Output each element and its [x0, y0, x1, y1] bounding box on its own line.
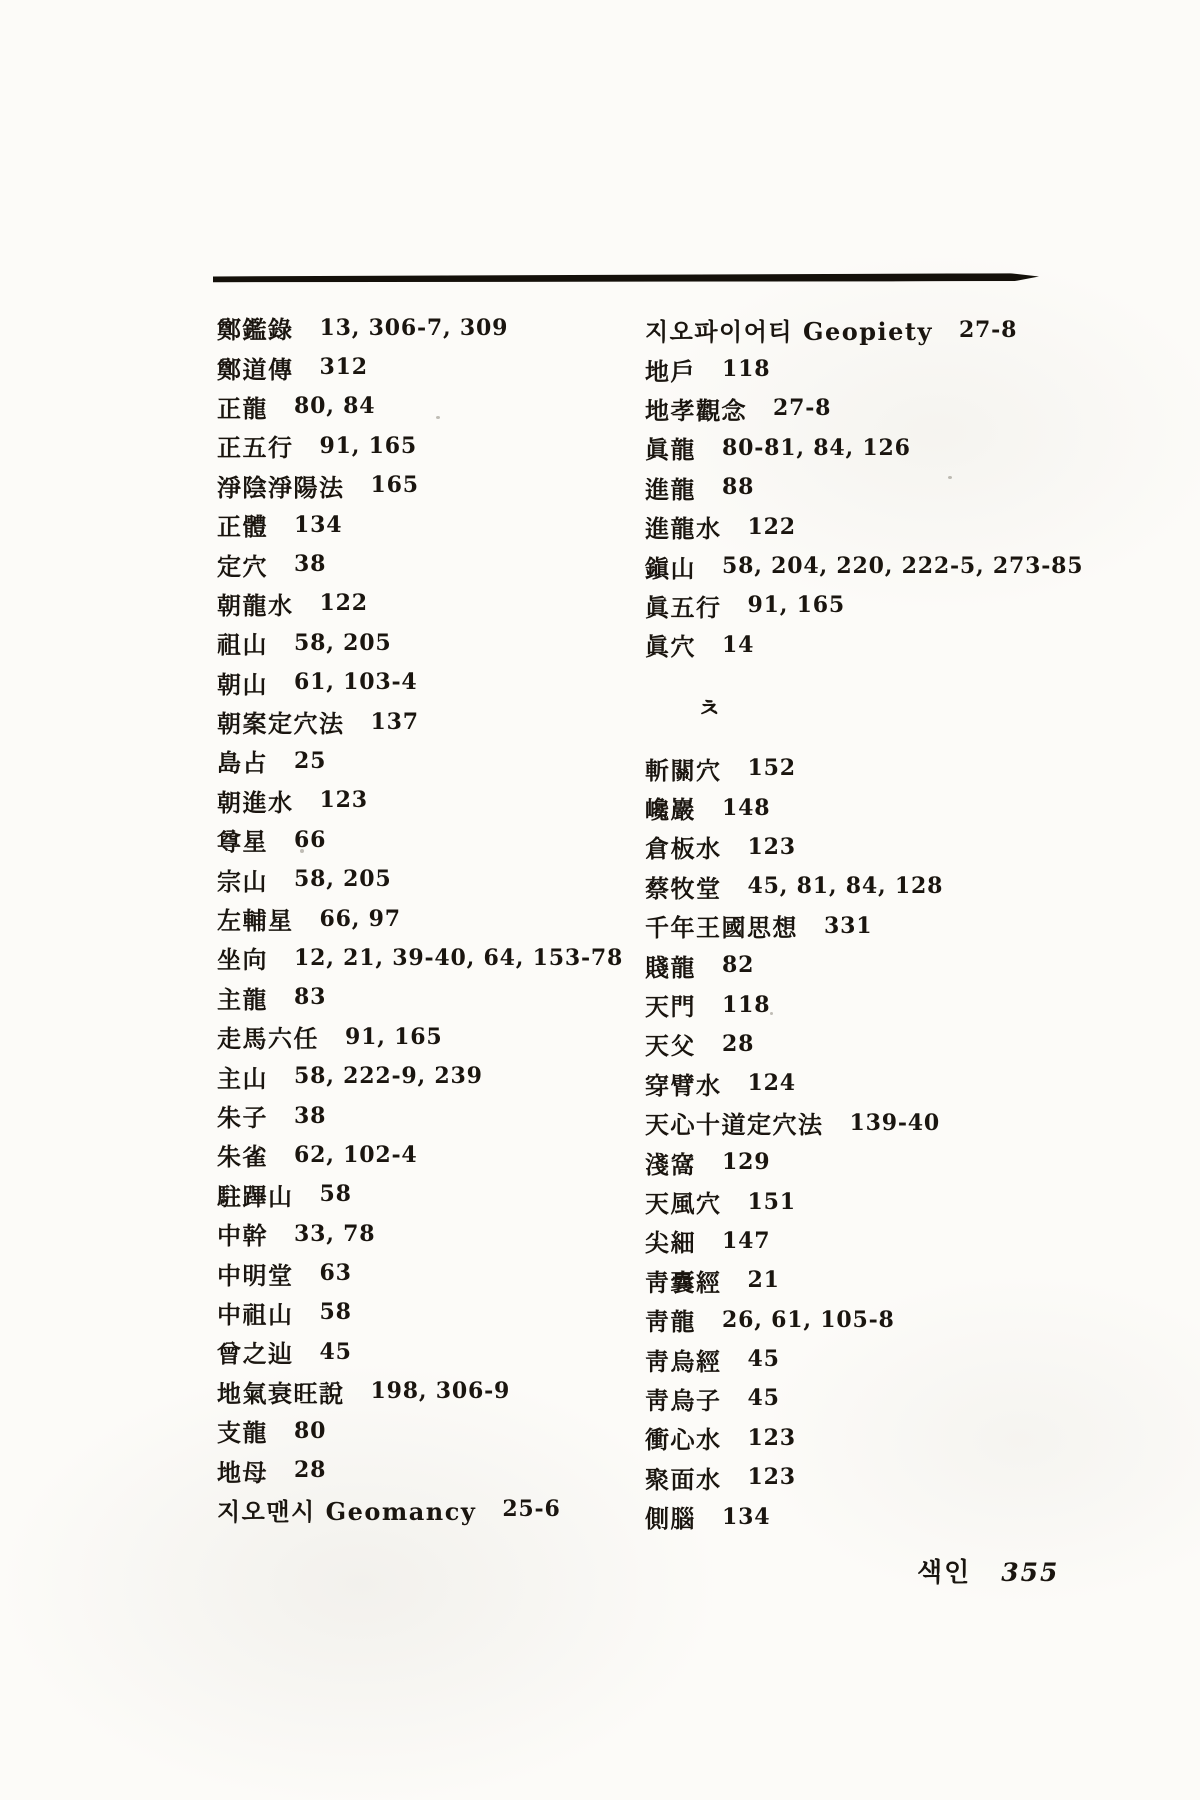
index-entry: 地母28: [217, 1450, 623, 1489]
entry-pages: 80, 84: [294, 393, 375, 419]
entry-term: 中祖山: [217, 1295, 294, 1330]
entry-pages: 139-40: [850, 1110, 940, 1136]
entry-pages: 58: [320, 1299, 352, 1325]
entry-term: 主山: [217, 1059, 268, 1094]
index-entry: 淨陰淨陽法165: [217, 466, 623, 505]
index-entry: 天門118: [645, 985, 1083, 1024]
entry-pages: 134: [722, 1504, 770, 1530]
index-entry: 朱子38: [217, 1096, 623, 1135]
entry-term: 倉板水: [645, 829, 722, 864]
entry-term: 鎭山: [645, 549, 696, 584]
index-entry: 靑囊經21: [645, 1261, 1083, 1300]
entry-term: 淨陰淨陽法: [217, 468, 345, 503]
entry-term: 駐蹕山: [217, 1177, 294, 1212]
index-entry: 中幹33, 78: [217, 1214, 623, 1253]
entry-term: 主龍: [217, 980, 268, 1015]
entry-pages: 38: [294, 551, 326, 577]
entry-term: 千年王國思想: [645, 908, 798, 943]
entry-term: 靑龍: [645, 1302, 696, 1337]
scan-speck: [948, 476, 952, 479]
index-entry: 正龍80, 84: [217, 387, 623, 426]
entry-pages: 13, 306-7, 309: [320, 315, 509, 341]
entry-term: 聚面水: [645, 1460, 722, 1495]
index-entry: 走馬六任91, 165: [217, 1017, 623, 1056]
entry-term: 走馬六任: [217, 1019, 319, 1054]
entry-term: 地孝觀念: [645, 391, 747, 426]
entry-pages: 58, 205: [294, 866, 391, 892]
entry-pages: 45: [320, 1339, 352, 1365]
index-entry: 朱雀62, 102-4: [217, 1135, 623, 1174]
entry-pages: 63: [320, 1260, 352, 1286]
index-entry: 靑烏經45: [645, 1339, 1083, 1378]
entry-pages: 129: [722, 1149, 770, 1175]
entry-pages: 123: [748, 1464, 796, 1490]
entry-term: 蔡牧堂: [645, 869, 722, 904]
entry-pages: 28: [722, 1031, 754, 1057]
entry-pages: 123: [320, 787, 368, 813]
index-entry: 巉巖148: [645, 788, 1083, 827]
entry-pages: 123: [748, 1425, 796, 1451]
entry-term: 鄭鑑錄: [217, 310, 294, 345]
entry-pages: 26, 61, 105-8: [722, 1307, 895, 1333]
entry-pages: 118: [722, 356, 770, 382]
index-entry: 眞穴14: [645, 625, 1083, 664]
index-entry: 天父28: [645, 1024, 1083, 1063]
entry-term: 眞穴: [645, 627, 696, 662]
entry-term: 正體: [217, 507, 268, 542]
index-entry: 朝案定穴法137: [217, 702, 623, 741]
entry-term: 定穴: [217, 547, 268, 582]
index-entry: 賤龍82: [645, 945, 1083, 984]
entry-term: 尖細: [645, 1223, 696, 1258]
index-entry: 左輔星66, 97: [217, 899, 623, 938]
index-entry: 正五行91, 165: [217, 426, 623, 465]
index-entry: 中明堂63: [217, 1253, 623, 1292]
entry-term: 天父: [645, 1026, 696, 1061]
index-entry: 지오파이어티 Geopiety27-8: [645, 310, 1083, 349]
entry-pages: 83: [294, 984, 326, 1010]
entry-term: 巉巖: [645, 790, 696, 825]
entry-pages: 91, 165: [320, 433, 417, 459]
entry-pages: 134: [294, 512, 342, 538]
index-entry: 地孝觀念27-8: [645, 389, 1083, 428]
section-header-row: ㅊ: [645, 665, 1083, 749]
entry-term: 中明堂: [217, 1256, 294, 1291]
index-entry: 聚面水123: [645, 1458, 1083, 1497]
index-entry: 天風穴151: [645, 1182, 1083, 1221]
scan-speck: [436, 416, 440, 419]
top-rule: [213, 273, 1039, 283]
entry-pages: 45, 81, 84, 128: [748, 873, 944, 899]
entry-pages: 25: [294, 748, 326, 774]
entry-term: 正五行: [217, 428, 294, 463]
entry-pages: 331: [824, 913, 872, 939]
entry-term: 朱雀: [217, 1137, 268, 1172]
entry-pages: 88: [722, 474, 754, 500]
entry-pages: 27-8: [773, 395, 831, 421]
index-entry: 坐向12, 21, 39-40, 64, 153-78: [217, 938, 623, 977]
entry-term: 淺窩: [645, 1145, 696, 1180]
index-entry: 眞龍80-81, 84, 126: [645, 428, 1083, 467]
index-entry: 進龍88: [645, 468, 1083, 507]
entry-pages: 91, 165: [748, 592, 845, 618]
entry-pages: 165: [371, 472, 419, 498]
entry-pages: 45: [748, 1385, 780, 1411]
entry-term: 坐向: [217, 940, 268, 975]
index-entry: 宗山58, 205: [217, 859, 623, 898]
entry-pages: 58, 204, 220, 222-5, 273-85: [722, 553, 1083, 579]
index-entry: 側腦134: [645, 1497, 1083, 1536]
index-entry: 駐蹕山58: [217, 1175, 623, 1214]
entry-pages: 312: [320, 354, 368, 380]
scan-speck: [770, 1012, 773, 1015]
entry-term: 支龍: [217, 1413, 268, 1448]
left-entries: 鄭鑑錄13, 306-7, 309鄭道傳312正龍80, 84正五行91, 16…: [217, 308, 623, 1529]
index-entry: 朝山61, 103-4: [217, 663, 623, 702]
entry-pages: 58, 205: [294, 630, 391, 656]
index-entry: 淺窩129: [645, 1142, 1083, 1181]
entry-pages: 148: [722, 795, 770, 821]
entry-pages: 62, 102-4: [294, 1142, 418, 1168]
index-entry: 鄭道傳312: [217, 347, 623, 386]
entry-pages: 91, 165: [345, 1024, 442, 1050]
entry-term: 朝龍水: [217, 586, 294, 621]
entry-pages: 66, 97: [320, 906, 401, 932]
entry-pages: 118: [722, 992, 770, 1018]
entry-pages: 25-6: [502, 1496, 560, 1522]
entry-term: 宗山: [217, 862, 268, 897]
entry-term: 穿臂水: [645, 1066, 722, 1101]
right-entries-bottom: 斬關穴152巉巖148倉板水123蔡牧堂45, 81, 84, 128千年王國思…: [645, 749, 1083, 1537]
index-entry: 靑烏子45: [645, 1379, 1083, 1418]
index-entry: 主山58, 222-9, 239: [217, 1056, 623, 1095]
index-entry: 正體134: [217, 505, 623, 544]
entry-term: 靑囊經: [645, 1263, 722, 1298]
index-entry: 衝心水123: [645, 1418, 1083, 1457]
entry-term: 天風穴: [645, 1184, 722, 1219]
entry-pages: 14: [722, 632, 754, 658]
index-entry: 斬關穴152: [645, 749, 1083, 788]
entry-pages: 27-8: [959, 317, 1017, 343]
entry-term: 朝進水: [217, 783, 294, 818]
entry-pages: 66: [294, 827, 326, 853]
scan-speck: [300, 849, 304, 853]
entry-pages: 80-81, 84, 126: [722, 435, 911, 461]
index-entry: 進龍水122: [645, 507, 1083, 546]
index-right-column: 지오파이어티 Geopiety27-8地戶118地孝觀念27-8眞龍80-81,…: [645, 310, 1083, 1536]
index-entry: 曾之辿45: [217, 1332, 623, 1371]
right-entries-top: 지오파이어티 Geopiety27-8地戶118地孝觀念27-8眞龍80-81,…: [645, 310, 1083, 665]
entry-term: 左輔星: [217, 901, 294, 936]
index-entry: 尖細147: [645, 1221, 1083, 1260]
index-entry: 地氣衰旺說198, 306-9: [217, 1372, 623, 1411]
entry-pages: 82: [722, 952, 754, 978]
entry-term: 賤龍: [645, 948, 696, 983]
index-entry: 定穴38: [217, 544, 623, 583]
entry-term: 朱子: [217, 1098, 268, 1133]
entry-pages: 80: [294, 1418, 326, 1444]
entry-term: 朝山: [217, 665, 268, 700]
index-entry: 倉板水123: [645, 827, 1083, 866]
entry-term: 衝心水: [645, 1420, 722, 1455]
entry-pages: 12, 21, 39-40, 64, 153-78: [294, 945, 623, 971]
index-entry: 鎭山58, 204, 220, 222-5, 273-85: [645, 546, 1083, 585]
entry-term: 地母: [217, 1453, 268, 1488]
index-entry: 지오맨시 Geomancy25-6: [217, 1490, 623, 1529]
index-entry: 主龍83: [217, 978, 623, 1017]
entry-term: 正龍: [217, 389, 268, 424]
entry-pages: 122: [748, 514, 796, 540]
entry-term: 天門: [645, 987, 696, 1022]
index-entry: 眞五行91, 165: [645, 586, 1083, 625]
entry-pages: 33, 78: [294, 1221, 375, 1247]
entry-term: 地氣衰旺說: [217, 1374, 345, 1409]
entry-term: 靑烏經: [645, 1342, 722, 1377]
index-entry: 天心十道定穴法139-40: [645, 1103, 1083, 1142]
index-entry: 朝龍水122: [217, 584, 623, 623]
entry-pages: 151: [748, 1189, 796, 1215]
entry-pages: 122: [320, 590, 368, 616]
index-entry: 尊星66: [217, 820, 623, 859]
entry-pages: 152: [748, 755, 796, 781]
entry-term: 지오맨시 Geomancy: [217, 1492, 476, 1527]
entry-pages: 198, 306-9: [371, 1378, 511, 1404]
index-entry: 支龍80: [217, 1411, 623, 1450]
entry-term: 지오파이어티 Geopiety: [645, 312, 933, 347]
entry-term: 祖山: [217, 625, 268, 660]
entry-pages: 58: [320, 1181, 352, 1207]
entry-term: 斬關穴: [645, 751, 722, 786]
entry-term: 天心十道定穴法: [645, 1105, 824, 1140]
section-header-chieut: ㅊ: [697, 689, 722, 725]
index-entry: 千年王國思想331: [645, 906, 1083, 945]
index-entry: 地戶118: [645, 349, 1083, 388]
entry-term: 鄭道傳: [217, 350, 294, 385]
entry-term: 曾之辿: [217, 1334, 294, 1369]
entry-term: 側腦: [645, 1499, 696, 1534]
entry-term: 朝案定穴法: [217, 704, 345, 739]
entry-pages: 58, 222-9, 239: [294, 1063, 483, 1089]
page-footer: 색인 355: [917, 1552, 1059, 1589]
index-entry: 蔡牧堂45, 81, 84, 128: [645, 867, 1083, 906]
entry-pages: 124: [748, 1070, 796, 1096]
index-left-column: 鄭鑑錄13, 306-7, 309鄭道傳312正龍80, 84正五行91, 16…: [217, 308, 623, 1529]
index-entry: 穿臂水124: [645, 1064, 1083, 1103]
index-entry: 靑龍26, 61, 105-8: [645, 1300, 1083, 1339]
entry-pages: 61, 103-4: [294, 669, 418, 695]
entry-pages: 137: [371, 709, 419, 735]
entry-term: 眞五行: [645, 588, 722, 623]
entry-term: 地戶: [645, 352, 696, 387]
entry-pages: 45: [748, 1346, 780, 1372]
entry-term: 靑烏子: [645, 1381, 722, 1416]
entry-term: 中幹: [217, 1216, 268, 1251]
entry-pages: 21: [748, 1267, 780, 1293]
entry-term: 進龍: [645, 470, 696, 505]
footer-page-number: 355: [1001, 1558, 1059, 1587]
index-entry: 鄭鑑錄13, 306-7, 309: [217, 308, 623, 347]
index-entry: 島占25: [217, 741, 623, 780]
entry-pages: 28: [294, 1457, 326, 1483]
index-entry: 祖山58, 205: [217, 623, 623, 662]
footer-label: 색인: [917, 1552, 971, 1589]
entry-term: 尊星: [217, 822, 268, 857]
entry-pages: 147: [722, 1228, 770, 1254]
entry-term: 眞龍: [645, 430, 696, 465]
entry-term: 進龍水: [645, 509, 722, 544]
index-entry: 朝進水123: [217, 781, 623, 820]
index-entry: 中祖山58: [217, 1293, 623, 1332]
book-index-page: 鄭鑑錄13, 306-7, 309鄭道傳312正龍80, 84正五行91, 16…: [0, 0, 1200, 1800]
entry-term: 島占: [217, 743, 268, 778]
entry-pages: 38: [294, 1103, 326, 1129]
entry-pages: 123: [748, 834, 796, 860]
